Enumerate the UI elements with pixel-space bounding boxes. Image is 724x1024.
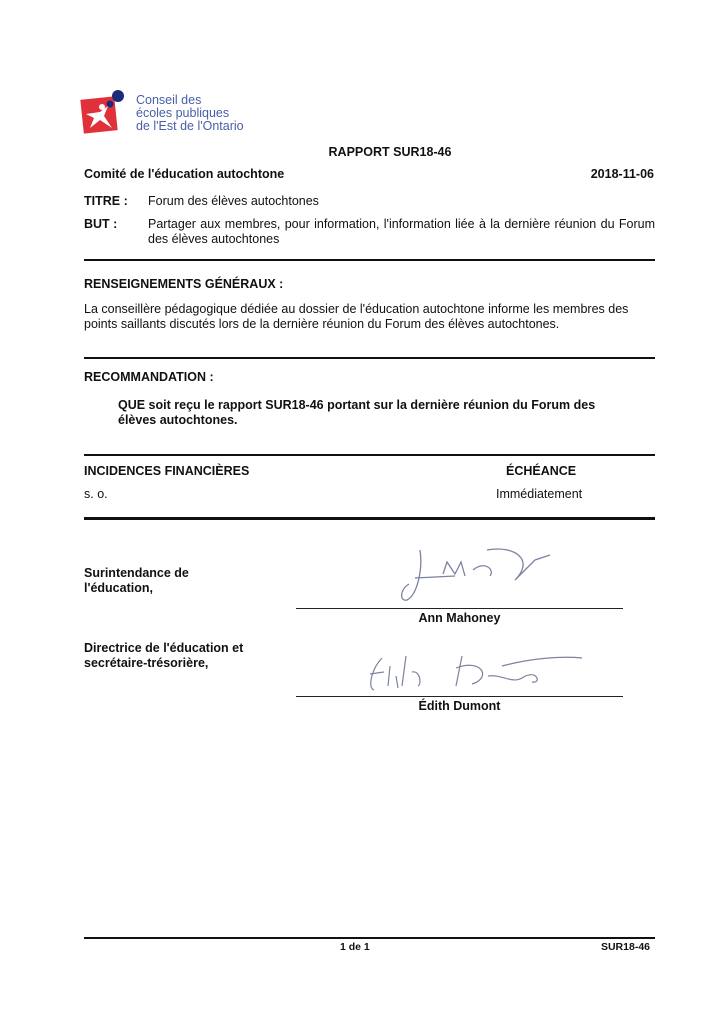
organization-logo (80, 88, 128, 136)
recommandation-body: QUE soit reçu le rapport SUR18-46 portan… (118, 398, 618, 428)
signature-line (296, 608, 623, 609)
page-number: 1 de 1 (340, 941, 370, 953)
titre-value: Forum des élèves autochtones (148, 194, 319, 209)
divider (84, 517, 655, 520)
titre-label: TITRE : (84, 194, 128, 209)
signer-name-1: Ann Mahoney (296, 611, 623, 626)
role-line: Directrice de l'éducation et (84, 641, 243, 656)
footer-divider (84, 937, 655, 939)
divider (84, 259, 655, 261)
recommandation-heading: RECOMMANDATION : (84, 370, 214, 385)
organization-name: Conseil des écoles publiques de l'Est de… (136, 94, 244, 133)
role-line: secrétaire-trésorière, (84, 656, 243, 671)
divider (84, 454, 655, 456)
divider (84, 357, 655, 359)
signature-line (296, 696, 623, 697)
signature-edith-dumont (362, 648, 592, 703)
role-line: Surintendance de (84, 566, 189, 581)
org-name-line3: de l'Est de l'Ontario (136, 120, 244, 133)
incidences-value: s. o. (84, 487, 108, 502)
role-line: l'éducation, (84, 581, 189, 596)
committee-name: Comité de l'éducation autochtone (84, 167, 284, 182)
signature-ann-mahoney (395, 540, 565, 615)
signature-role-1: Surintendance de l'éducation, (84, 566, 189, 596)
report-date: 2018-11-06 (591, 167, 654, 182)
but-value: Partager aux membres, pour information, … (148, 217, 655, 247)
renseignements-heading: RENSEIGNEMENTS GÉNÉRAUX : (84, 277, 283, 292)
but-label: BUT : (84, 217, 117, 232)
report-title: RAPPORT SUR18-46 (0, 145, 724, 159)
signer-name-2: Édith Dumont (296, 699, 623, 714)
incidences-heading: INCIDENCES FINANCIÈRES (84, 464, 249, 479)
signature-role-2: Directrice de l'éducation et secrétaire-… (84, 641, 243, 671)
footer-ref: SUR18-46 (601, 941, 650, 953)
echeance-heading: ÉCHÉANCE (506, 464, 576, 479)
echeance-value: Immédiatement (496, 487, 582, 502)
renseignements-body: La conseillère pédagogique dédiée au dos… (84, 302, 658, 332)
